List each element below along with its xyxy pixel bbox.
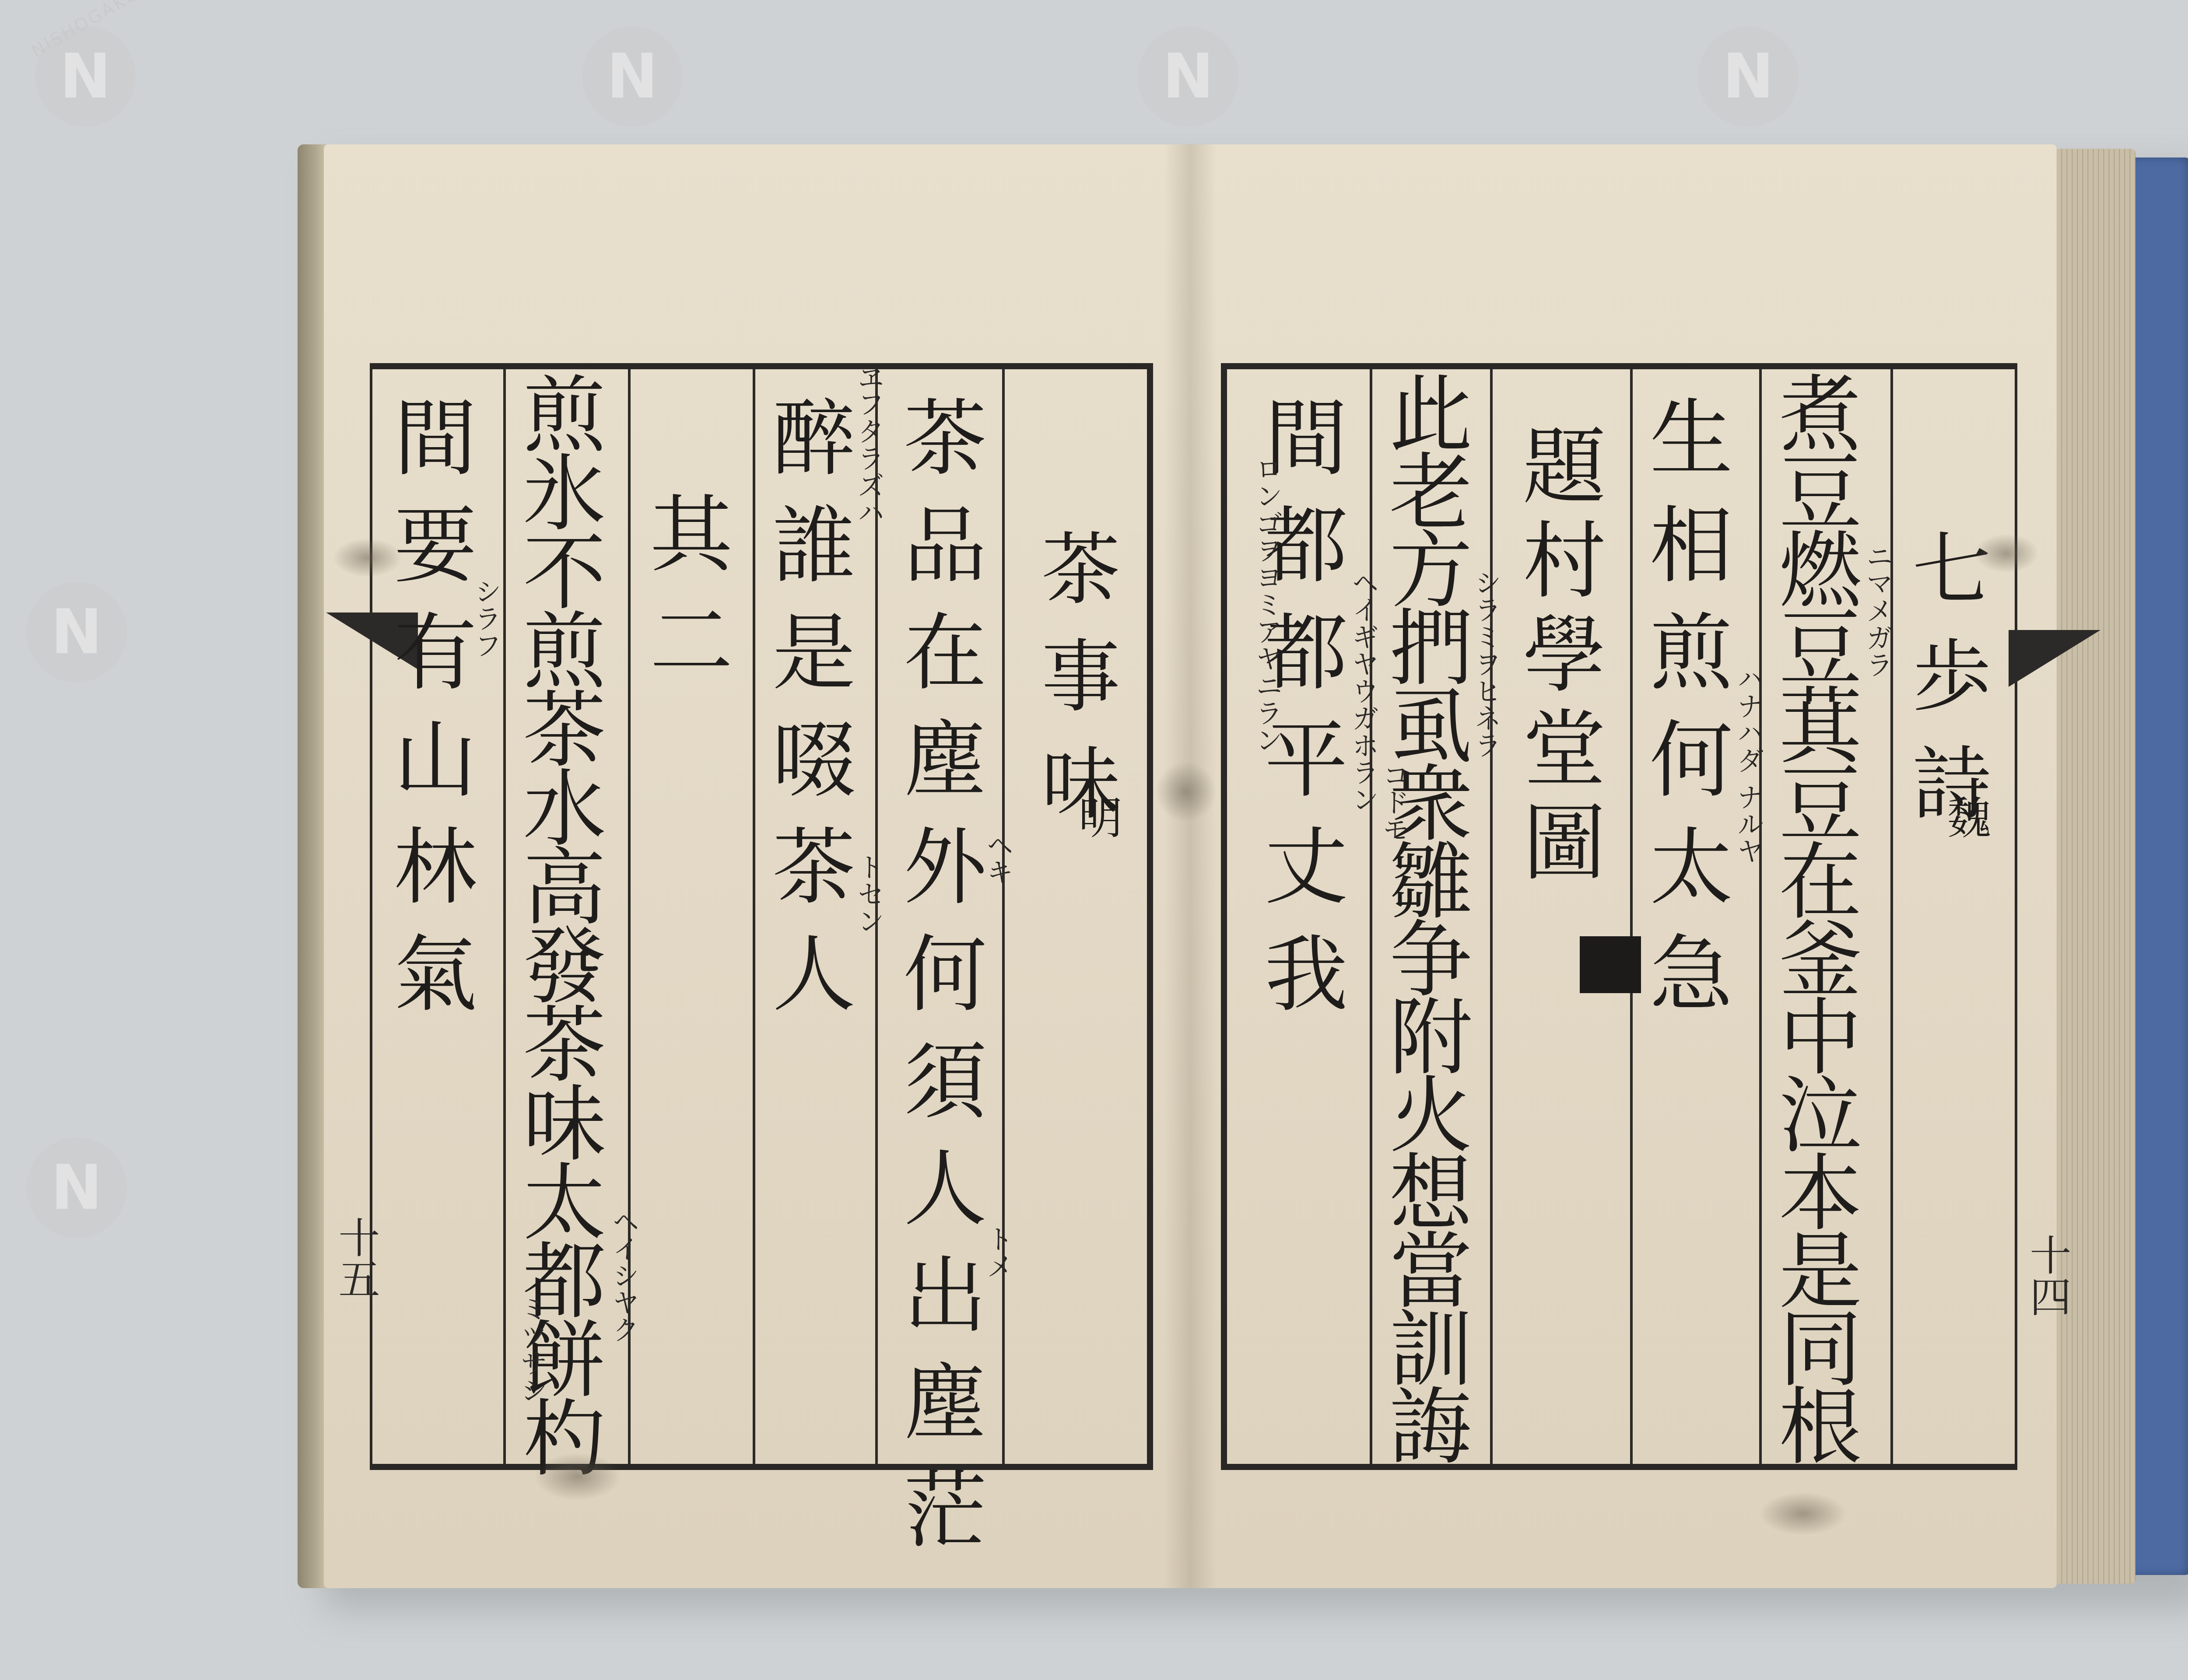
kanji: 堂: [1523, 702, 1606, 796]
kanji: 塵: [904, 1350, 987, 1457]
kanji: 塵: [904, 707, 987, 814]
right-text-column-3: 此 老 方 捫 虱 衆 雛 争 附 火 想 當 訓 誨: [1387, 376, 1475, 1444]
furigana: コドモ: [1378, 761, 1409, 843]
kanji: 虱: [1389, 688, 1473, 766]
kanji: 誰: [772, 492, 856, 599]
watermark-glyph: N: [607, 41, 658, 112]
kanji: 事: [1041, 623, 1120, 731]
kanji: 豆: [1779, 454, 1862, 532]
kanji: 村: [1523, 514, 1606, 608]
kanji: 學: [1523, 608, 1606, 702]
furigana: ハナハダ: [1733, 665, 1764, 773]
paper-stain: [1759, 1492, 1847, 1536]
kanji: 出: [904, 1242, 987, 1350]
kanji: 高: [523, 849, 606, 927]
kanji: 外: [904, 814, 987, 921]
kanji: 林: [394, 814, 477, 921]
kanji: 在: [1779, 843, 1862, 921]
furigana: ニマメガラ: [1862, 542, 1893, 678]
kanji: 生: [1650, 385, 1733, 492]
watermark-glyph: N: [60, 41, 111, 112]
book-gutter: [1164, 144, 1217, 1588]
watermark-logo: N: [1698, 26, 1799, 127]
paper-stain: [1974, 534, 2039, 573]
column-rule: [1630, 369, 1633, 1464]
kanji: 氣: [394, 921, 477, 1028]
right-text-column-1: 煮 豆 燃 豆 萁 豆 在 釜 中 泣 本 是 同 根: [1772, 376, 1869, 1444]
furigana: ロンゴヲヨミアヤニラン: [1252, 455, 1282, 753]
section-marker-block: [1580, 936, 1641, 993]
kanji: 煎: [523, 376, 606, 455]
kanji: 訓: [1389, 1311, 1473, 1389]
kanji: 要: [394, 492, 477, 599]
kanji: 誨: [1389, 1389, 1473, 1466]
kanji: 丈: [1265, 814, 1348, 921]
kanji: 人: [904, 1135, 987, 1242]
book-cover-edge: [2127, 157, 2188, 1575]
left-text-column-4: 間 要 有 山 林 氣: [389, 385, 481, 1452]
kanji: 豆: [1779, 766, 1862, 843]
kanji: 茫: [904, 1457, 987, 1564]
kanji: 其: [650, 481, 733, 588]
kanji: 釜: [1779, 921, 1862, 999]
column-rule: [1759, 369, 1762, 1464]
kanji: 品: [904, 492, 987, 599]
kanji: 水: [523, 770, 606, 849]
watermark-logo: NNISHOGAKUSHA: [35, 26, 136, 127]
watermark-glyph: N: [51, 597, 102, 668]
kanji: 捫: [1389, 610, 1473, 688]
left-title-author: 明: [1079, 783, 1122, 846]
kanji: 氷: [523, 455, 606, 534]
kanji: 間: [394, 385, 477, 492]
right-text-column-2: 生 相 煎 何 太 急: [1645, 385, 1737, 1452]
furigana: トセン: [853, 853, 884, 934]
kanji: 題: [1523, 420, 1606, 514]
kanji: 中: [1779, 999, 1862, 1077]
kanji: 圖: [1523, 796, 1606, 890]
kanji: 人: [772, 921, 856, 1028]
furigana: トメ: [982, 1225, 1013, 1279]
column-rule: [1890, 369, 1893, 1464]
left-text-column-3: 煎 氷 不 煎 茶 水 高 發 茶 味 太 都 餅 杓: [521, 376, 608, 1444]
column-rule: [1370, 369, 1372, 1464]
column-rule: [1002, 369, 1005, 1464]
watermark-logo: N: [26, 1137, 127, 1238]
kanji: 争: [1389, 921, 1473, 999]
furigana: ヱフタラズハ: [853, 363, 884, 526]
kanji: 此: [1389, 376, 1473, 454]
kanji: 煎: [523, 612, 606, 691]
kanji: 茶: [904, 385, 987, 492]
kanji: 茶: [772, 814, 856, 921]
kanji: 煎: [1650, 599, 1733, 707]
kanji: 雛: [1389, 843, 1473, 921]
right-page-number: 十四: [2017, 1234, 2077, 1317]
kanji: 太: [1650, 814, 1733, 921]
left-text-column-1: 茶 品 在 塵 外 何 須 人 出 塵 茫: [897, 385, 993, 1452]
kanji: 七: [1912, 516, 1991, 623]
kanji: 太: [523, 1164, 606, 1242]
kanji: 二: [650, 588, 733, 696]
watermark-glyph: N: [1162, 41, 1213, 112]
furigana: ミツサシ: [516, 1295, 547, 1403]
column-rule: [753, 369, 755, 1464]
kanji: 醉: [772, 385, 856, 492]
left-title-column: 茶 事 味: [1033, 516, 1129, 1584]
watermark-logo: N: [582, 26, 683, 127]
kanji: 何: [1650, 707, 1733, 814]
paper-stain: [534, 1452, 621, 1501]
kanji: 在: [904, 599, 987, 707]
kanji: 我: [1265, 921, 1348, 1028]
kanji: 茶: [1041, 516, 1120, 623]
kanji: 萁: [1779, 688, 1862, 766]
furigana: ヘイシヤク: [608, 1207, 639, 1343]
kanji: 相: [1650, 492, 1733, 599]
column-rule: [503, 369, 506, 1464]
furigana: ヘイギヤウガホラン: [1348, 569, 1378, 813]
kanji: 本: [1779, 1155, 1862, 1233]
left-text-column-2: 醉 誰 是 啜 茶 人: [770, 385, 858, 1452]
paper-stain: [333, 538, 403, 577]
kanji: 想: [1389, 1155, 1473, 1233]
kanji: 附: [1389, 999, 1473, 1077]
kanji: 發: [523, 927, 606, 1006]
kanji: 是: [772, 599, 856, 707]
kanji: 何: [904, 921, 987, 1028]
kanji: 火: [1389, 1077, 1473, 1155]
kanji: 根: [1779, 1389, 1862, 1466]
right-title-author: 魏: [1947, 783, 1991, 846]
kanji: 老: [1389, 454, 1473, 532]
left-subtitle-column: 其 二: [648, 481, 735, 1549]
watermark-logo: N: [26, 582, 127, 682]
left-page-number: 十五: [326, 1216, 386, 1299]
furigana: シラミヲヒネラ: [1470, 569, 1501, 759]
kanji: 是: [1779, 1233, 1862, 1311]
kanji: 急: [1650, 921, 1733, 1028]
kanji: 茶: [523, 691, 606, 770]
page-stack-edge: [2052, 149, 2135, 1584]
kanji: 豆: [1779, 610, 1862, 688]
kanji: 當: [1389, 1233, 1473, 1311]
kanji: 方: [1389, 532, 1473, 610]
kanji: 煮: [1779, 376, 1862, 454]
kanji: 泣: [1779, 1077, 1862, 1155]
kanji: 燃: [1779, 532, 1862, 610]
column-rule: [1490, 369, 1493, 1464]
furigana: ナルヤ: [1733, 783, 1764, 864]
kanji: 味: [523, 1085, 606, 1164]
kanji: 茶: [523, 1006, 606, 1085]
kanji: 不: [523, 534, 606, 612]
right-title-column: 七 歩 詩: [1904, 516, 2000, 1584]
watermark-glyph: N: [51, 1152, 102, 1224]
furigana: シラフ: [470, 577, 501, 659]
furigana: ヘキ: [982, 831, 1013, 885]
kanji: 啜: [772, 707, 856, 814]
watermark-logo: N: [1138, 26, 1238, 127]
kanji: 須: [904, 1028, 987, 1135]
kanji: 有: [394, 599, 477, 707]
kanji: 歩: [1912, 623, 1991, 731]
paper-stain: [1155, 761, 1217, 822]
kanji: 同: [1779, 1311, 1862, 1389]
kanji: 山: [394, 707, 477, 814]
watermark-glyph: N: [1722, 41, 1774, 112]
